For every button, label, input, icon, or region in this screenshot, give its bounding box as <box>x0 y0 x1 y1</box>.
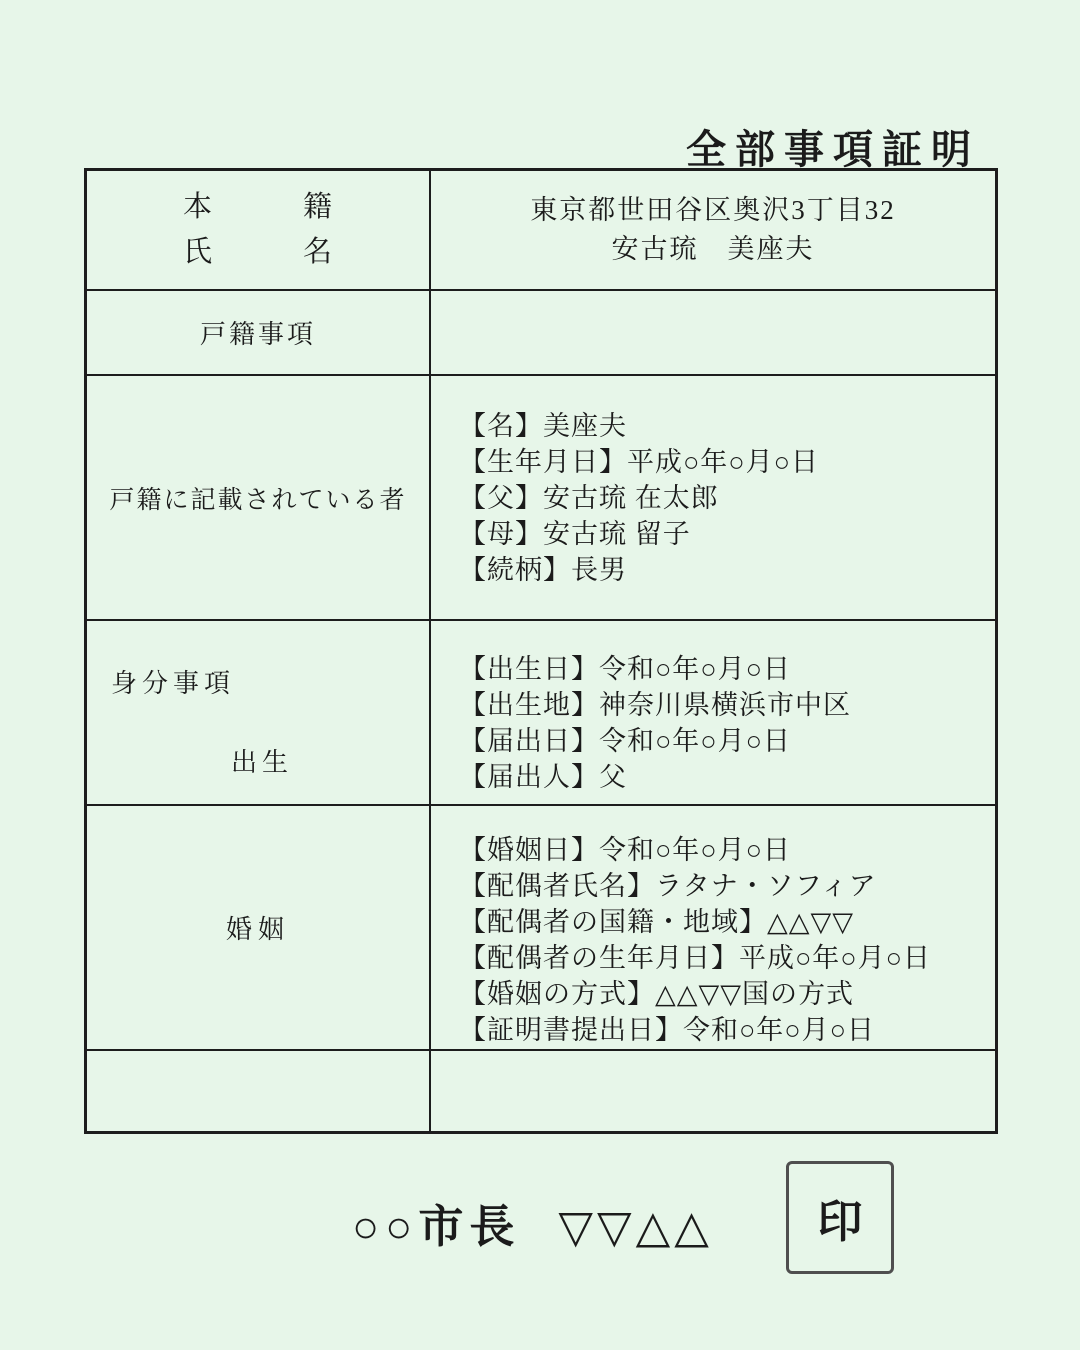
marriage-date: 【婚姻日】令和○年○月○日 <box>459 832 987 868</box>
label-konin: 婚姻 <box>87 804 429 1049</box>
mayor-signature-line: ○○市長▽▽△△ <box>352 1190 713 1255</box>
label-koseki-jiko: 戸籍事項 <box>87 289 429 374</box>
value-honseki-shimei: 東京都世田谷区奥沢3丁目32 安古琉 美座夫 <box>429 171 995 289</box>
label-mibun-jiko-text: 身分事項 <box>111 663 429 700</box>
spouse-nationality: 【配偶者の国籍・地域】△△▽▽ <box>459 904 987 940</box>
label-mibun-jiko: 身分事項 出生 <box>87 619 429 804</box>
value-koseki-kisaisha: 【名】美座夫 【生年月日】平成○年○月○日 【父】安古琉 在太郎 【母】安古琉 … <box>429 374 995 619</box>
notification-date: 【届出日】令和○年○月○日 <box>459 723 987 759</box>
label-honseki-shimei: 本 籍 氏 名 <box>87 171 429 289</box>
record-relationship: 【続柄】長男 <box>459 552 987 588</box>
mayor-city-placeholder: ○○ <box>352 1202 418 1252</box>
value-shussei: 【出生日】令和○年○月○日 【出生地】神奈川県横浜市中区 【届出日】令和○年○月… <box>429 619 995 804</box>
label-konin-text: 婚姻 <box>226 909 290 946</box>
label-koseki-jiko-text: 戸籍事項 <box>200 314 316 351</box>
label-empty-row <box>87 1049 429 1131</box>
label-koseki-kisaisha: 戸籍に記載されている者 <box>87 374 429 619</box>
record-mother: 【母】安古琉 留子 <box>459 516 987 552</box>
marriage-method: 【婚姻の方式】△△▽▽国の方式 <box>459 976 987 1012</box>
mayor-name-placeholder: ▽▽△△ <box>558 1202 712 1252</box>
label-shussei-text: 出生 <box>231 742 429 779</box>
seal-label: 印 <box>817 1185 862 1250</box>
mayor-title: 市長 <box>418 1202 520 1252</box>
certificate-submission-date: 【証明書提出日】令和○年○月○日 <box>459 1012 987 1048</box>
register-table: 本 籍 氏 名 東京都世田谷区奥沢3丁目32 安古琉 美座夫 戸籍事項 戸籍に記… <box>84 168 998 1134</box>
notifier: 【届出人】父 <box>459 759 987 795</box>
label-honseki: 本 籍 <box>183 185 333 230</box>
value-konin: 【婚姻日】令和○年○月○日 【配偶者氏名】ラタナ・ソフィア 【配偶者の国籍・地域… <box>429 804 995 1049</box>
spouse-birthdate: 【配偶者の生年月日】平成○年○月○日 <box>459 940 987 976</box>
birth-date: 【出生日】令和○年○月○日 <box>459 651 987 687</box>
label-koseki-kisaisha-text: 戸籍に記載されている者 <box>109 480 406 516</box>
birth-place: 【出生地】神奈川県横浜市中区 <box>459 687 987 723</box>
official-seal-box: 印 <box>786 1161 894 1274</box>
koseki-certificate-page: 全部事項証明 本 籍 氏 名 東京都世田谷区奥沢3丁目32 安古琉 美座夫 戸籍… <box>0 0 1080 1350</box>
value-family-name: 安古琉 美座夫 <box>612 230 815 269</box>
record-father: 【父】安古琉 在太郎 <box>459 480 987 516</box>
spouse-name: 【配偶者氏名】ラタナ・ソフィア <box>459 868 987 904</box>
record-birthdate: 【生年月日】平成○年○月○日 <box>459 444 987 480</box>
label-shimei: 氏 名 <box>183 230 333 275</box>
value-empty-row <box>429 1049 995 1131</box>
value-koseki-jiko-empty <box>429 289 995 374</box>
certificate-title: 全部事項証明 <box>0 118 980 175</box>
record-name: 【名】美座夫 <box>459 408 987 444</box>
value-registered-domicile: 東京都世田谷区奥沢3丁目32 <box>530 191 896 230</box>
